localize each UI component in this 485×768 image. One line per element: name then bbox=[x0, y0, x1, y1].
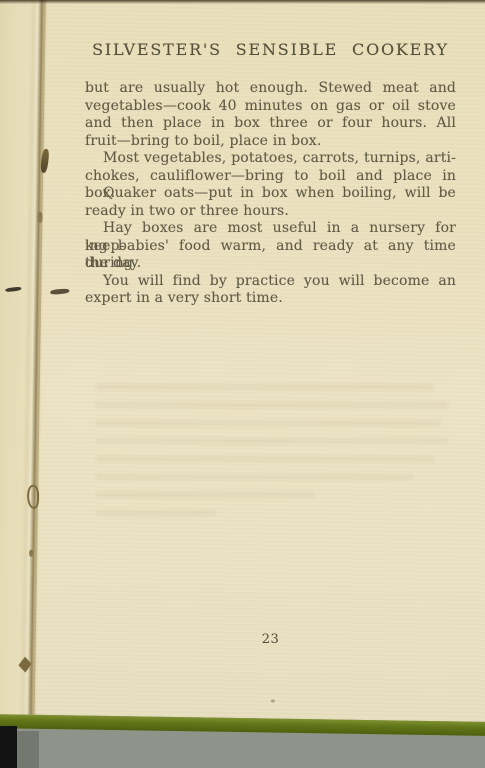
show-through-texture bbox=[96, 384, 448, 528]
text-line: Most vegetables, potatoes, carrots, turn… bbox=[85, 150, 456, 168]
ghost-text-line bbox=[96, 510, 216, 516]
text-line: and then place in box three or four hour… bbox=[85, 115, 456, 133]
ghost-text-line bbox=[96, 474, 413, 480]
ghost-text-line bbox=[96, 384, 434, 390]
scanned-book-page: SILVESTER'S SENSIBLE COOKERY but are usu… bbox=[0, 0, 485, 768]
text-line: You will find by practice you will becom… bbox=[85, 273, 456, 291]
text-line: the day. bbox=[85, 255, 456, 273]
ghost-text-line bbox=[96, 492, 314, 498]
printed-content: SILVESTER'S SENSIBLE COOKERY but are usu… bbox=[0, 0, 485, 768]
text-line: ing babies' food warm, and ready at any … bbox=[85, 238, 456, 256]
ghost-text-line bbox=[96, 402, 448, 408]
body-text: but are usually hot enough. Stewed meat … bbox=[85, 80, 456, 308]
ghost-text-line bbox=[96, 438, 448, 444]
page-header-title: SILVESTER'S SENSIBLE COOKERY bbox=[85, 40, 456, 59]
text-line: vegetables—cook 40 minutes on gas or oil… bbox=[85, 98, 456, 116]
ghost-text-line bbox=[96, 456, 434, 462]
page-number: 23 bbox=[85, 632, 456, 647]
text-line: but are usually hot enough. Stewed meat … bbox=[85, 80, 456, 98]
text-line: fruit—bring to boil, place in box. bbox=[85, 133, 456, 151]
text-line: Hay boxes are most useful in a nursery f… bbox=[85, 220, 456, 238]
text-line: ready in two or three hours. bbox=[85, 203, 456, 221]
ghost-text-line bbox=[96, 420, 441, 426]
text-line: chokes, cauliflower—bring to boil and pl… bbox=[85, 168, 456, 186]
text-line: expert in a very short time. bbox=[85, 290, 456, 308]
text-line: Quaker oats—put in box when boiling, wil… bbox=[85, 185, 456, 203]
